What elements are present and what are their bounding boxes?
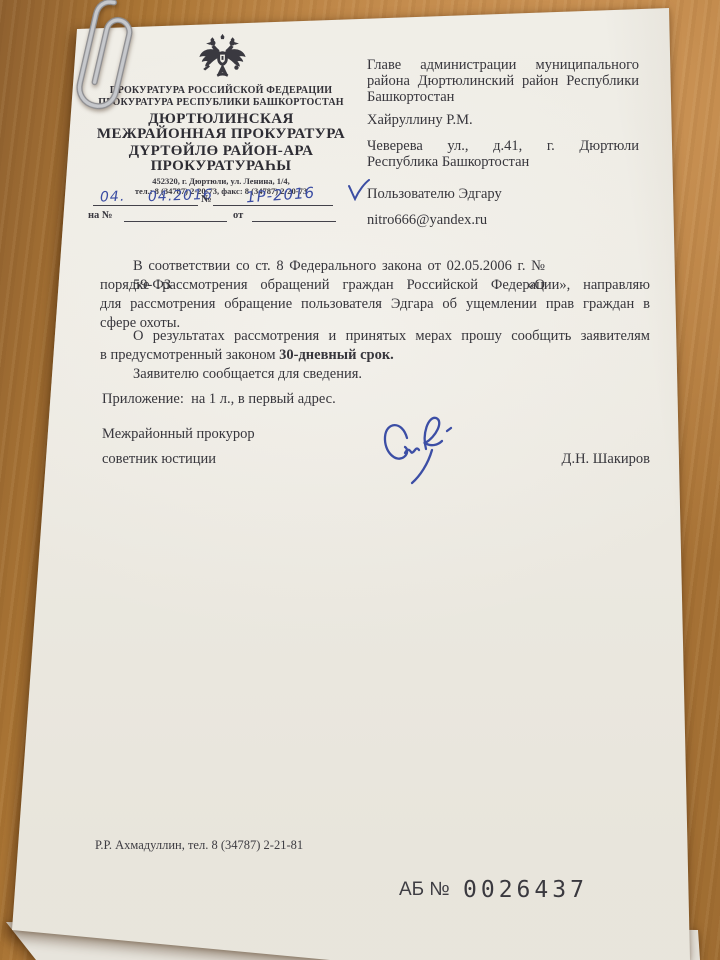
form-number: 0026437 [463, 877, 588, 903]
reply-to-label: на № [88, 210, 112, 221]
handwritten-day: 04. [100, 189, 126, 206]
from-date-underline [252, 221, 336, 222]
number-sign-label: № [201, 194, 212, 205]
executor-line: Р.Р. Ахмадуллин, тел. 8 (34787) 2-21-81 [95, 838, 303, 853]
handwritten-signature-icon [378, 406, 464, 486]
recipient-address-line1: Чеверева ул., д.41, г. Дюртюли [367, 139, 639, 155]
signer-name: Д.Н. Шакиров [455, 450, 650, 469]
from-label: от [233, 210, 243, 221]
recipient-email: nitro666@yandex.ru [367, 213, 639, 229]
addressee-line2: района Дюртюлинский район Республики [367, 74, 639, 90]
letterhead-org-line2: ПРОКУРАТУРА РЕСПУБЛИКИ БАШКОРТОСТАН [95, 97, 347, 108]
addressee-person: Хайруллину Р.М. [367, 113, 639, 129]
russian-coat-of-arms-eagle-icon [196, 32, 249, 82]
signer-title-line1: Межрайонный прокурор [102, 425, 652, 444]
addressee-line1: Главе администрации муниципального [367, 58, 639, 74]
addressee-line3: Башкортостан [367, 90, 639, 106]
letter-sheet: ПРОКУРАТУРА РОССИЙСКОЙ ФЕДЕРАЦИИ ПРОКУРА… [0, 0, 720, 960]
reply-number-underline [124, 221, 227, 222]
para2-line2-normal: в предусмотренный законом [100, 347, 279, 363]
second-addressee: Пользователю Эдгару [367, 187, 639, 203]
form-series: АБ № [399, 879, 450, 901]
photographed-letter-scene: ПРОКУРАТУРА РОССИЙСКОЙ ФЕДЕРАЦИИ ПРОКУРА… [0, 0, 720, 960]
para2-line2-bold-deadline: 30-дневный срок. [279, 347, 394, 363]
para1-line3: для рассмотрения обращение пользователя … [100, 295, 650, 314]
para2-line1: О результатах рассмотрения и принятых ме… [100, 327, 650, 346]
letterhead-name-ba-line2: ПРОКУРАТУРАҺЫ [95, 158, 347, 175]
number-underline [213, 205, 333, 206]
letterhead-org-line1: ПРОКУРАТУРА РОССИЙСКОЙ ФЕДЕРАЦИИ [95, 85, 347, 96]
date-underline [93, 205, 198, 206]
paper-sheet-shadow: ПРОКУРАТУРА РОССИЙСКОЙ ФЕДЕРАЦИИ ПРОКУРА… [0, 0, 720, 960]
handwritten-check-icon [347, 179, 371, 201]
letterhead-name-ru-line2: МЕЖРАЙОННАЯ ПРОКУРАТУРА [95, 126, 347, 143]
attachment-line: Приложение: на 1 л., в первый адрес. [102, 390, 652, 409]
para3: Заявителю сообщается для сведения. [100, 365, 650, 384]
para2-line2: в предусмотренный законом 30-дневный сро… [100, 346, 650, 365]
recipient-address-line2: Республика Башкортостан [367, 155, 639, 171]
para1-line2: порядке рассмотрения обращений граждан Р… [100, 276, 650, 295]
